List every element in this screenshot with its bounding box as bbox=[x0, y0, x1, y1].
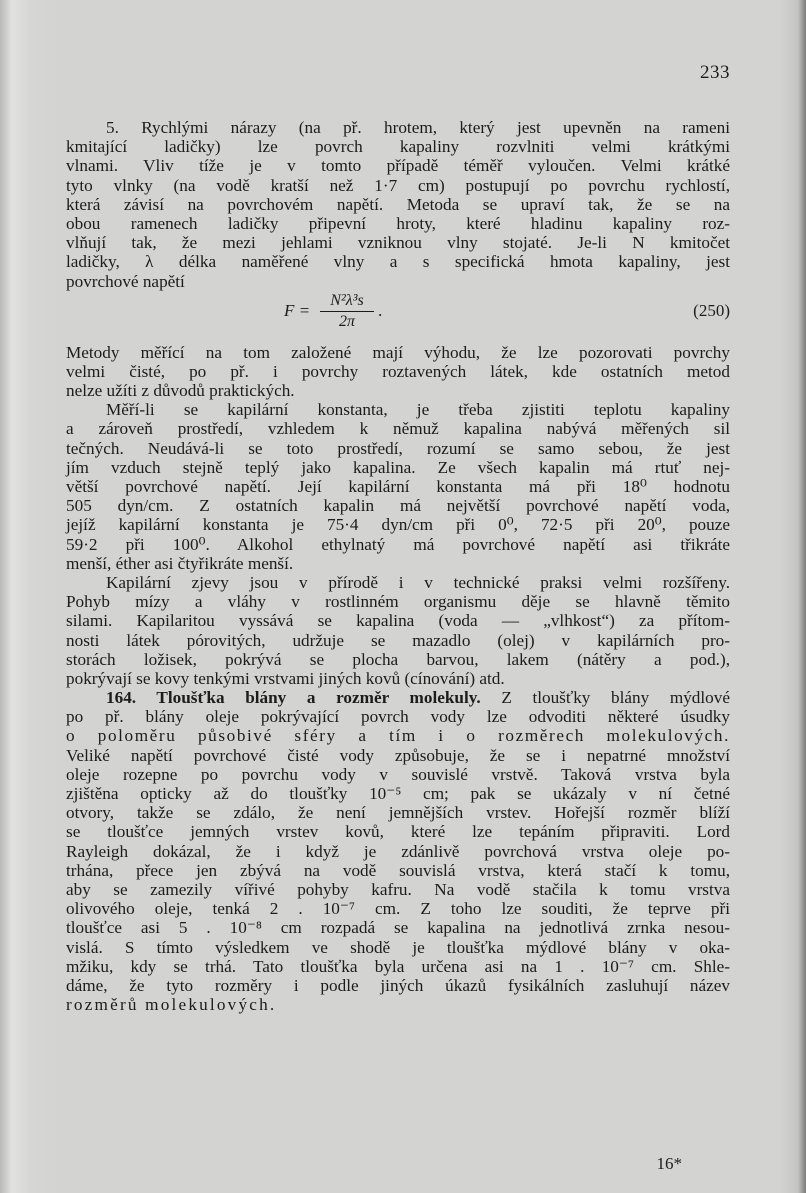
page-number-top: 233 bbox=[700, 62, 730, 84]
text-line: Kapilární zjevy jsou v přírodě i v techn… bbox=[66, 573, 730, 592]
signature-mark: 16* bbox=[657, 1154, 683, 1174]
formula-numerator: N²λ³s bbox=[320, 291, 374, 312]
page-body: 5. Rychlými nárazy (na př. hrotem, který… bbox=[66, 118, 730, 1014]
formula-fraction: N²λ³s 2π bbox=[320, 291, 374, 331]
text-line: aby se zamezily vířivé pohyby kafru. Na … bbox=[66, 880, 730, 899]
text-line: dáme, že tyto rozměry i podle jiných úka… bbox=[66, 976, 730, 995]
text-line: tloušťce asi 5 . 10⁻⁸ cm rozpadá se kapa… bbox=[66, 918, 730, 937]
text-line: a zároveň prostředí, vzhledem k němuž ka… bbox=[66, 419, 730, 438]
text-line: po př. blány oleje pokrývající povrch vo… bbox=[66, 707, 730, 726]
section-title: Tloušťka blány a rozměr molekuly. bbox=[156, 688, 480, 707]
text-line: povrchové napětí bbox=[66, 272, 730, 291]
text-line: nelze užíti z důvodů praktických. bbox=[66, 381, 730, 400]
text-line: Rayleigh dokázal, že i když je zdánlivě … bbox=[66, 842, 730, 861]
equation-250: F = N²λ³s 2π . (250) bbox=[66, 291, 730, 343]
formula-trailing: . bbox=[378, 301, 382, 320]
text-line: vislá. S tímto výsledkem ve shodě je tlo… bbox=[66, 938, 730, 957]
text-line: oleje rozepne po povrchu vody v souvislé… bbox=[66, 765, 730, 784]
text-line: tyto vlnky (na vodě kratší než 1·7 cm) p… bbox=[66, 176, 730, 195]
text-line: Metody měřící na tom založené mají výhod… bbox=[66, 343, 730, 362]
formula-denominator: 2π bbox=[320, 312, 374, 331]
formula-lhs: F = bbox=[284, 301, 310, 320]
text-line: zjištěna opticky až do tloušťky 10⁻⁵ cm;… bbox=[66, 784, 730, 803]
text-line: velmi čisté, po př. i povrchy roztavenýc… bbox=[66, 362, 730, 381]
section-number: 164. bbox=[106, 688, 136, 707]
text-line: rozměrů molekulových. bbox=[66, 995, 730, 1014]
text-line: vlnami. Vliv tíže je v tomto případě tém… bbox=[66, 156, 730, 175]
text-line: nosti látek pórovitých, udržuje se mazad… bbox=[66, 631, 730, 650]
text-line: mžiku, kdy se trhá. Tato tloušťka byla u… bbox=[66, 957, 730, 976]
text-line: se tloušťce jemných vrstev kovů, které l… bbox=[66, 822, 730, 841]
text-line: o poloměru působivé sféry a tím i o rozm… bbox=[66, 726, 730, 745]
text-line: 59·2 při 100⁰. Alkohol ethylnatý má povr… bbox=[66, 535, 730, 554]
section-heading-line: 164. Tloušťka blány a rozměr molekuly. Z… bbox=[66, 688, 730, 707]
text-line: která závisí na povrchovém napětí. Metod… bbox=[66, 195, 730, 214]
text-line: storách ložisek, pokrývá se plocha barvo… bbox=[66, 650, 730, 669]
section-heading: 164. Tloušťka blány a rozměr molekuly. bbox=[106, 688, 481, 707]
text-line: kmitající ladičky) lze povrch kapaliny r… bbox=[66, 137, 730, 156]
text-line: 5. Rychlými nárazy (na př. hrotem, který… bbox=[66, 118, 730, 137]
text-line: Měří-li se kapilární konstanta, je třeba… bbox=[66, 400, 730, 419]
text-line: ladičky, λ délka naměřené vlny a s speci… bbox=[66, 252, 730, 271]
text-line: silami. Kapilaritou vyssává se kapalina … bbox=[66, 611, 730, 630]
text-line: pokrývají se kovy tenkými vrstvami jinýc… bbox=[66, 669, 730, 688]
text-line: jejíž kapilární konstanta je 75·4 dyn/cm… bbox=[66, 515, 730, 534]
text-line: obou ramenech ladičky připevní hroty, kt… bbox=[66, 214, 730, 233]
text-line: vlňují tak, že mezi jehlami vzniknou vln… bbox=[66, 233, 730, 252]
text-line: menší, éther asi čtyřikráte menší. bbox=[66, 554, 730, 573]
text-line: 505 dyn/cm. Z ostatních kapalin má nejvě… bbox=[66, 496, 730, 515]
text-line: tečných. Neudává-li se toto prostředí, r… bbox=[66, 439, 730, 458]
text-line: otvory, takže se zdálo, že není jemnější… bbox=[66, 803, 730, 822]
text-line: trhána, přece jen zbývá na vodě souvislá… bbox=[66, 861, 730, 880]
text-line: olivového oleje, tenká 2 . 10⁻⁷ cm. Z to… bbox=[66, 899, 730, 918]
equation-number: (250) bbox=[693, 301, 730, 320]
text-line: Pohyb mízy a vláhy v rostlinném organism… bbox=[66, 592, 730, 611]
text-line: větší povrchové napětí. Její kapilární k… bbox=[66, 477, 730, 496]
text-line: Veliké napětí povrchové čisté vody způso… bbox=[66, 746, 730, 765]
text-line: jím vzduch stejně teplý jako kapalina. Z… bbox=[66, 458, 730, 477]
